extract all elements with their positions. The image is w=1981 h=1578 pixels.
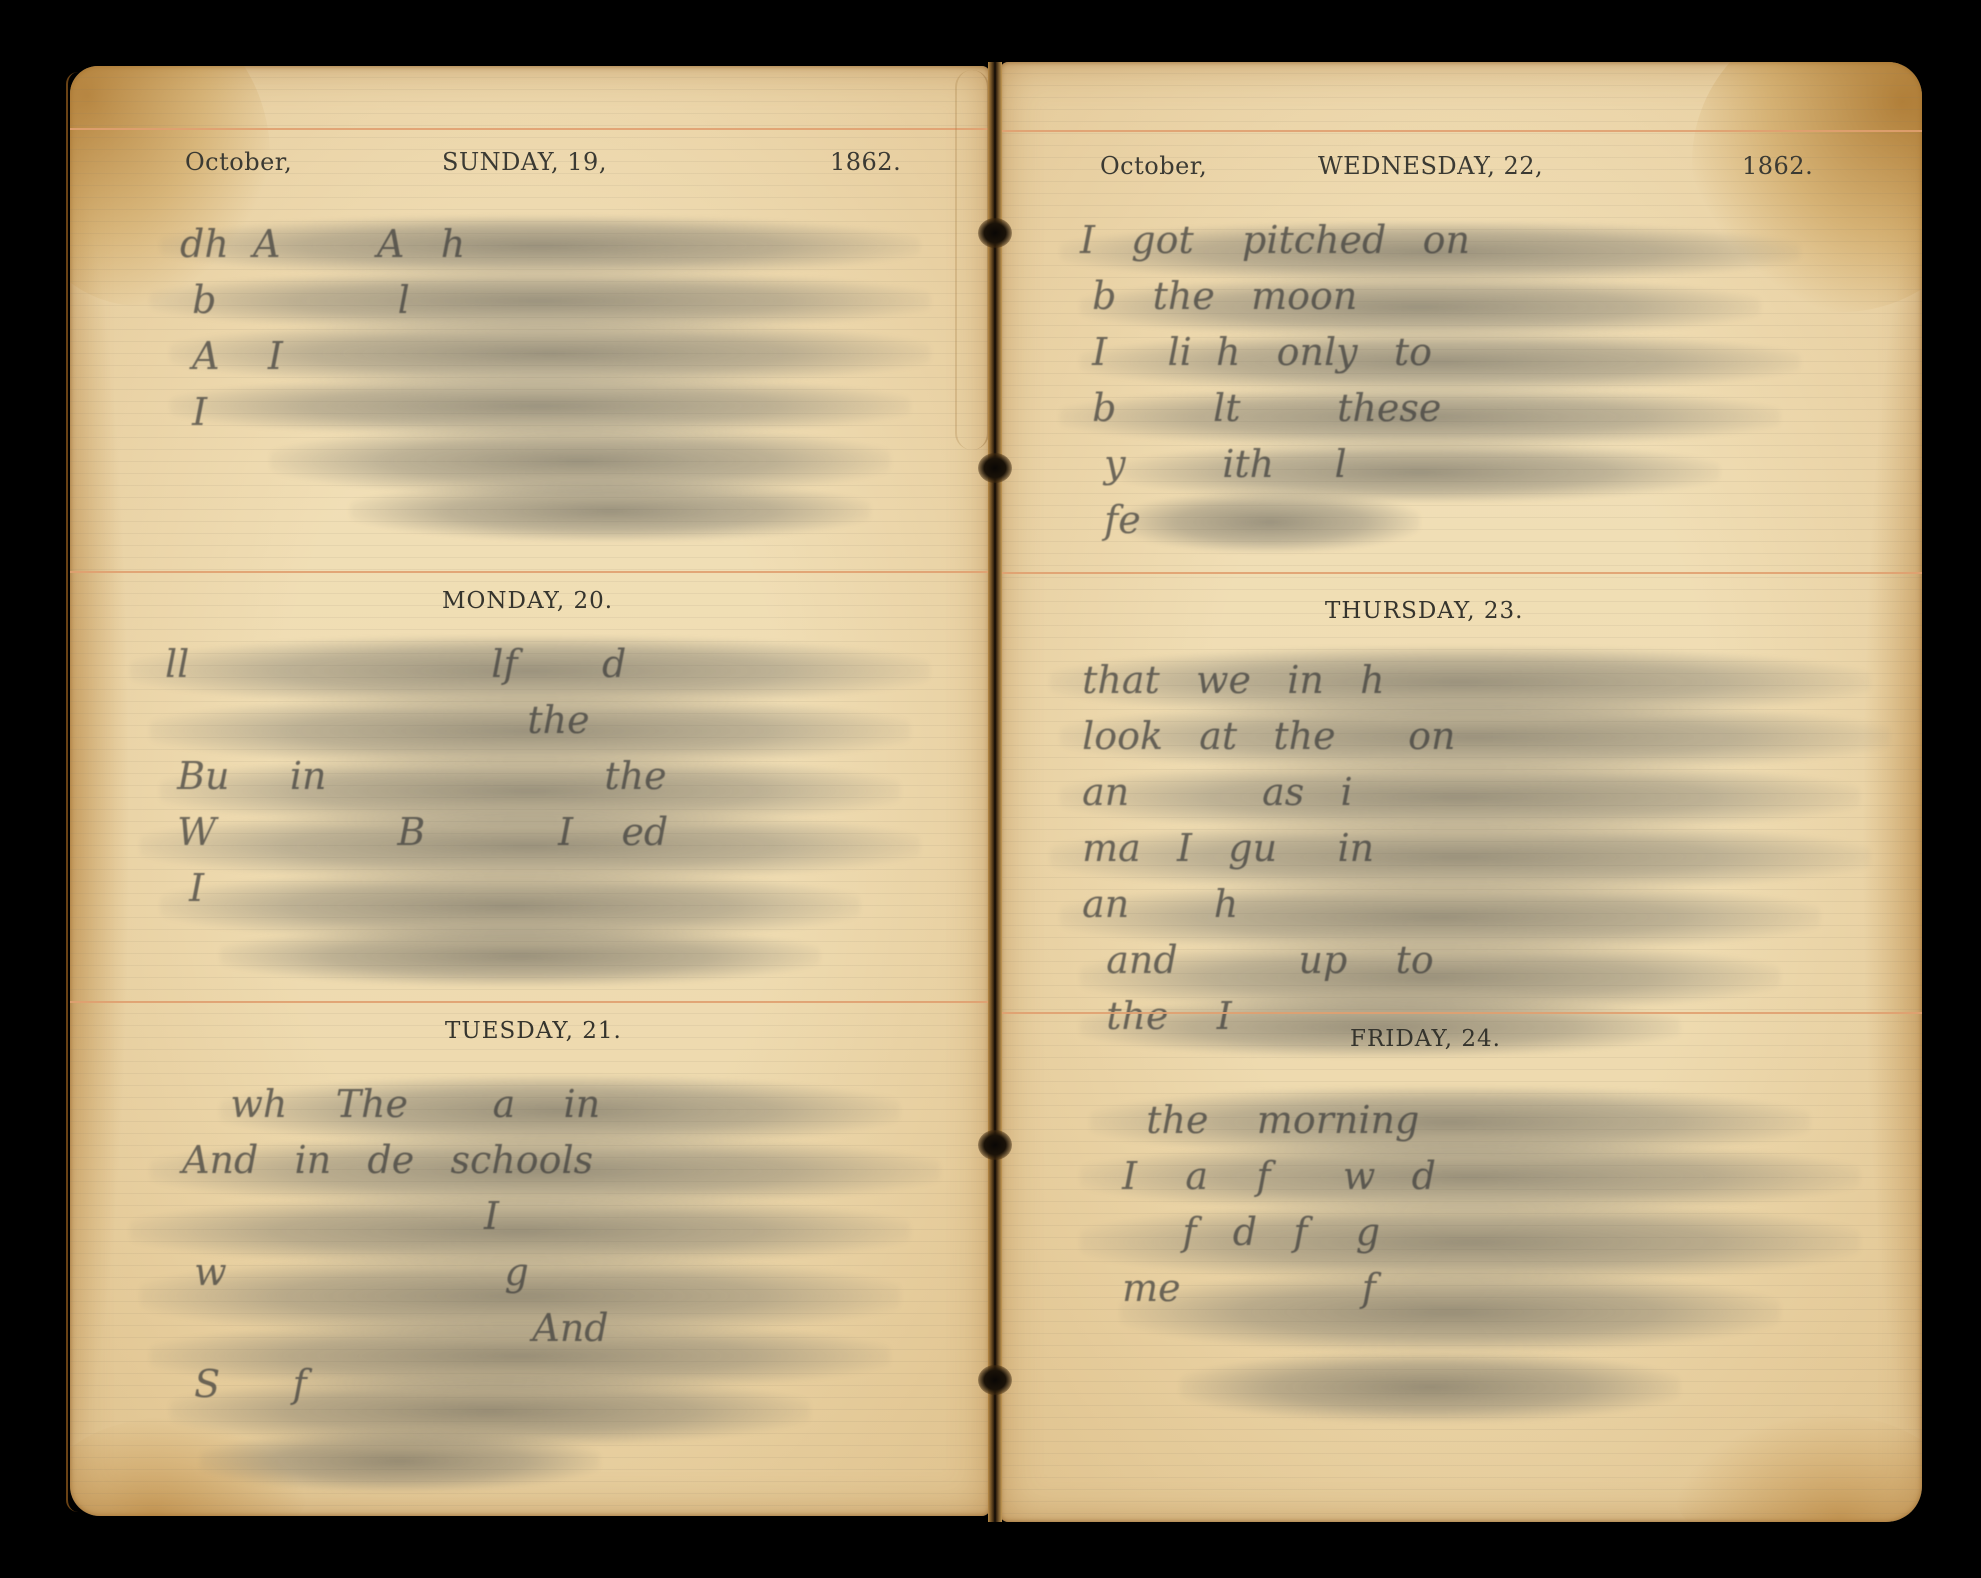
handwriting-friday: the morning I a f w d f d f g me f: [1110, 1092, 1436, 1316]
stain: [1672, 1412, 1922, 1522]
header-month: October,: [1100, 152, 1207, 180]
header-year: 1862.: [830, 148, 901, 176]
stain: [1862, 212, 1922, 1462]
left-page: October, SUNDAY, 19, 1862. dh A A h b l …: [70, 66, 990, 1516]
stitch-hole: [978, 1365, 1012, 1395]
day-heading-thursday: THURSDAY, 23.: [1325, 598, 1523, 624]
day-heading-monday: MONDAY, 20.: [442, 588, 613, 614]
header-divider: [1000, 130, 1922, 132]
header-month: October,: [185, 148, 292, 176]
stitch-hole: [978, 1130, 1012, 1160]
header-divider: [70, 128, 990, 130]
right-page: October, WEDNESDAY, 22, 1862. I got pitc…: [1000, 62, 1922, 1522]
handwriting-wednesday: I got pitched on b the moon I li h only …: [1080, 212, 1470, 548]
stain: [70, 1416, 310, 1516]
day-heading-friday: FRIDAY, 24.: [1350, 1026, 1501, 1052]
handwriting-tuesday: wh The a in And in de schools I w g And …: [170, 1076, 609, 1412]
header-year: 1862.: [1742, 152, 1813, 180]
stain: [70, 166, 130, 1466]
stitch-hole: [978, 453, 1012, 483]
section-divider: [1000, 572, 1922, 574]
stitch-hole: [978, 218, 1012, 248]
header-day: SUNDAY, 19,: [442, 148, 607, 176]
page-stack-edge: [66, 72, 78, 1512]
section-divider: [70, 571, 990, 573]
handwriting-monday: ll lf d the Bu in the W B I ed I: [165, 636, 668, 916]
section-divider: [1000, 1012, 1922, 1014]
handwriting-thursday: that we in h look at the on an as i ma I…: [1070, 652, 1455, 1044]
stain: [1692, 62, 1922, 312]
section-divider: [70, 1001, 990, 1003]
diary-photo: October, SUNDAY, 19, 1862. dh A A h b l …: [0, 0, 1981, 1578]
pencil-smudge: [200, 1431, 600, 1491]
pencil-smudge: [350, 481, 870, 541]
header-day: WEDNESDAY, 22,: [1318, 152, 1543, 180]
pencil-smudge: [1180, 1352, 1680, 1422]
day-heading-tuesday: TUESDAY, 21.: [445, 1018, 622, 1044]
binding-gutter: [988, 62, 1002, 1522]
handwriting-sunday: dh A A h b l A I I: [180, 216, 465, 440]
pencil-smudge: [220, 926, 820, 986]
